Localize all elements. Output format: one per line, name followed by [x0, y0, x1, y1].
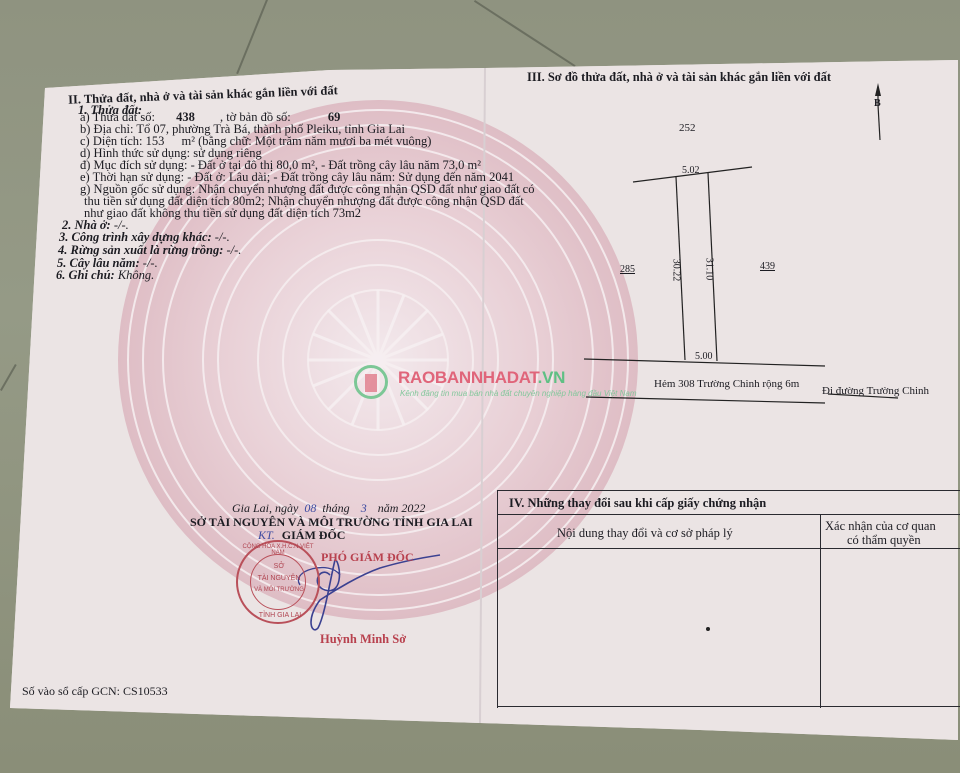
watermark-brand-part2: NHADAT [471, 368, 538, 387]
edge-top-length: 5.02 [682, 164, 700, 178]
changes-table: IV. Những thay đổi sau khi cấp giấy chứn… [497, 490, 960, 708]
registry-value: CS10533 [123, 684, 168, 698]
section-iv-title: IV. Những thay đổi sau khi cấp giấy chứn… [509, 496, 766, 510]
registry-number: Số vào sổ cấp GCN: CS10533 [22, 684, 168, 698]
deputy-director-title: PHÓ GIÁM ĐỐC [321, 550, 414, 564]
item-4-value: -/-. [227, 243, 242, 257]
item-4-planted-forest: 4. Rừng sản xuất là rừng trồng: -/-. [58, 243, 241, 257]
item-6-notes: 6. Ghi chú: Không. [56, 268, 154, 282]
direction-label: Đi đường Trường Chinh [822, 384, 929, 398]
edge-bottom-length: 5.00 [695, 350, 713, 364]
edge-left-length: 30.22 [668, 259, 682, 282]
watermark-building-icon [354, 365, 388, 399]
column-header-confirmation-1: Xác nhận của cơ quan [825, 519, 936, 533]
stamp-center-3: VÀ MÔI TRƯỜNG [251, 587, 307, 593]
stamp-center-2: TÀI NGUYÊN [251, 575, 307, 582]
stamp-bottom-text: TỈNH GIA LAI [252, 612, 308, 619]
item-6-label: 6. Ghi chú: [56, 268, 115, 282]
date-month-label: tháng [322, 501, 349, 515]
item-3-other-structures: 3. Công trình xây dựng khác: -/-. [59, 230, 230, 244]
watermark-brand-part1: RAOBAN [398, 368, 471, 387]
position-title: GIÁM ĐỐC [282, 528, 346, 542]
date-day: 08 [304, 501, 316, 515]
watermark-tagline: Kênh đăng tin mua bán nhà đất chuyên ngh… [400, 389, 636, 398]
issue-date: Gia Lai, ngày 08 tháng 3 năm 2022 [232, 501, 425, 515]
edge-right-length: 31.10 [701, 258, 715, 281]
official-stamp: CỘNG HÒA X.H.C.N VIỆT NAM SỞ TÀI NGUYÊN … [236, 540, 320, 624]
date-month: 3 [361, 501, 367, 515]
watermark-brand-part3: .VN [538, 368, 565, 387]
item-6-value: Không. [118, 268, 154, 282]
item-3-value: -/-. [215, 230, 230, 244]
item-3-label: 3. Công trình xây dựng khác: [59, 230, 212, 244]
date-prefix: Gia Lai, ngày [232, 501, 298, 515]
north-arrow-icon [874, 83, 884, 141]
stamp-center-1: SỞ [251, 563, 307, 570]
item-4-label: 4. Rừng sản xuất là rừng trồng: [58, 243, 223, 257]
issuing-agency: SỞ TÀI NGUYÊN VÀ MÔI TRƯỜNG TỈNH GIA LAI [190, 515, 473, 529]
column-header-changes: Nội dung thay đổi và cơ sở pháp lý [557, 526, 733, 540]
section-iii-title: III. Sơ đồ thửa đất, nhà ở và tài sản kh… [527, 70, 831, 84]
road-label: Hẻm 308 Trường Chinh rộng 6m [654, 377, 799, 391]
date-year: năm 2022 [378, 501, 426, 515]
neighbor-parcel-left: 285 [620, 263, 635, 277]
signer-name: Huỳnh Minh Sở [320, 632, 406, 646]
neighbor-parcel-top: 252 [679, 121, 696, 135]
column-header-confirmation-2: có thẩm quyền [847, 533, 921, 547]
neighbor-parcel-right: 439 [760, 260, 775, 274]
registry-label: Số vào sổ cấp GCN: [22, 684, 120, 698]
